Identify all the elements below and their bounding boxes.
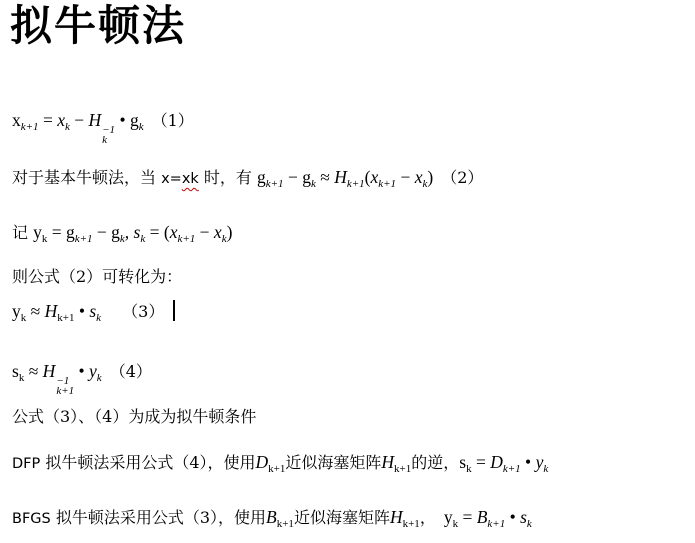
- paragraph-bfgs: BFGS 拟牛顿法采用公式（3），使用Bk+1近似海塞矩阵Hk+1， yk = …: [12, 502, 532, 539]
- formula-segment: B: [477, 507, 488, 527]
- formula-segment: 记: [12, 223, 33, 242]
- formula-segment: 的逆，: [411, 453, 459, 472]
- formula-segment: k+1: [268, 463, 285, 475]
- formula-segment: 拟牛顿法采用公式（3），使用: [51, 508, 266, 527]
- formula-segment: g: [302, 167, 311, 187]
- formula-segment: k+1: [177, 233, 195, 245]
- formula-segment: k+1: [21, 121, 39, 133]
- formula-segment: y: [12, 301, 21, 321]
- formula-segment: H: [43, 361, 56, 381]
- paragraph-newton-condition: 对于基本牛顿法，当 x=xk 时，有 gk+1 − gk ≈ Hk+1(xk+1…: [12, 162, 483, 199]
- formula-segment: g: [130, 110, 139, 130]
- formula-segment: 时，有: [199, 168, 257, 187]
- formula-segment: k+1: [57, 312, 74, 324]
- formula-segment: g: [111, 222, 120, 242]
- formula-segment: k+1: [266, 178, 284, 190]
- formula-3: yk ≈ Hk+1 • sk （3）: [12, 302, 164, 321]
- text-cursor: [173, 300, 175, 321]
- formula-segment: k: [543, 463, 548, 475]
- paragraph-transform-intro: 则公式（2）可转化为：: [12, 262, 182, 292]
- formula-segment: H: [390, 507, 403, 527]
- formula-segment: D: [256, 452, 269, 472]
- formula-segment: ≈: [24, 361, 42, 381]
- formula-segment: ≈: [316, 167, 334, 187]
- formula-segment: y: [33, 222, 42, 242]
- formula-segment: k+1: [403, 518, 420, 530]
- formula-3-line: yk ≈ Hk+1 • sk （3）: [12, 296, 175, 333]
- formula-segment: y: [444, 507, 453, 527]
- stacked-supsub: −1k: [102, 125, 115, 145]
- formula-segment: −: [284, 167, 303, 187]
- formula-segment: −: [93, 222, 112, 242]
- page-title: 拟牛顿法: [10, 2, 186, 50]
- formula-segment: •: [74, 361, 89, 381]
- formula-segment: ，: [420, 508, 444, 527]
- formula-segment: •: [505, 507, 520, 527]
- formula-segment: −: [70, 110, 89, 130]
- formula-segment: H: [45, 301, 58, 321]
- formula-segment: （3）: [101, 302, 164, 321]
- stacked-supsub: −1k+1: [56, 376, 74, 396]
- formula-segment: =: [47, 222, 66, 242]
- formula-segment: =: [472, 452, 491, 472]
- formula-segment: g: [257, 167, 266, 187]
- formula-segment: （4）: [102, 362, 152, 381]
- formula-segment: ,: [125, 222, 134, 242]
- formula-segment: y: [89, 361, 97, 381]
- formula-segment: k+1: [487, 518, 505, 530]
- formula-segment: x: [57, 110, 65, 130]
- formula-segment: •: [521, 452, 536, 472]
- formula-segment: •: [115, 110, 130, 130]
- formula-segment: −: [195, 222, 214, 242]
- formula-segment: g: [66, 222, 75, 242]
- formula-segment: x=: [161, 171, 182, 187]
- formula-segment: 拟牛顿法采用公式（4），使用: [40, 453, 255, 472]
- formula-segment: k+1: [378, 178, 396, 190]
- formula-segment: k: [527, 518, 532, 530]
- formula-segment: DFP: [12, 456, 40, 472]
- formula-segment: 近似海塞矩阵: [285, 453, 381, 472]
- formula-segment: （1）: [144, 111, 194, 130]
- formula-segment: k+1: [277, 518, 294, 530]
- formula-segment: = (: [145, 222, 169, 242]
- formula-segment: H: [88, 110, 101, 130]
- document-page: 拟牛顿法 xk+1 = xk − H−1k • gk （1） 对于基本牛顿法，当…: [0, 0, 695, 543]
- formula-segment: BFGS: [12, 511, 51, 527]
- formula-segment: k+1: [503, 463, 521, 475]
- formula-segment: =: [458, 507, 477, 527]
- formula-segment: s: [12, 361, 19, 381]
- formula-segment: D: [490, 452, 503, 472]
- formula-1: xk+1 = xk − H−1k • gk （1）: [12, 105, 194, 145]
- formula-segment: s: [520, 507, 527, 527]
- definition-yk-sk: 记 yk = gk+1 − gk, sk = (xk+1 − xk): [12, 217, 232, 254]
- paragraph-dfp: DFP 拟牛顿法采用公式（4），使用Dk+1近似海塞矩阵Hk+1的逆，sk = …: [12, 447, 548, 484]
- formula-segment: •: [74, 301, 89, 321]
- formula-segment: 公式（3）、（4）为成为拟牛顿条件: [12, 407, 256, 426]
- paragraph-quasi-newton-condition: 公式（3）、（4）为成为拟牛顿条件: [12, 402, 256, 432]
- formula-segment: k+1: [394, 463, 411, 475]
- formula-segment: B: [266, 507, 277, 527]
- formula-segment: H: [334, 167, 347, 187]
- formula-segment: H: [381, 452, 394, 472]
- formula-segment: （2）: [433, 168, 483, 187]
- formula-segment: x: [214, 222, 222, 242]
- formula-segment: 近似海塞矩阵: [294, 508, 390, 527]
- formula-segment: 对于基本牛顿法，当: [12, 168, 161, 187]
- formula-segment: k+1: [75, 233, 93, 245]
- formula-segment: ): [227, 222, 233, 242]
- formula-segment: 则公式（2）可转化为：: [12, 267, 182, 286]
- formula-segment: −: [396, 167, 415, 187]
- misspelled-text: xk: [182, 171, 199, 187]
- formula-4: sk ≈ H−1k+1 • yk （4）: [12, 356, 152, 396]
- formula-segment: k+1: [347, 178, 365, 190]
- formula-segment: =: [39, 110, 58, 130]
- formula-segment: x: [12, 110, 21, 130]
- formula-segment: ≈: [26, 301, 44, 321]
